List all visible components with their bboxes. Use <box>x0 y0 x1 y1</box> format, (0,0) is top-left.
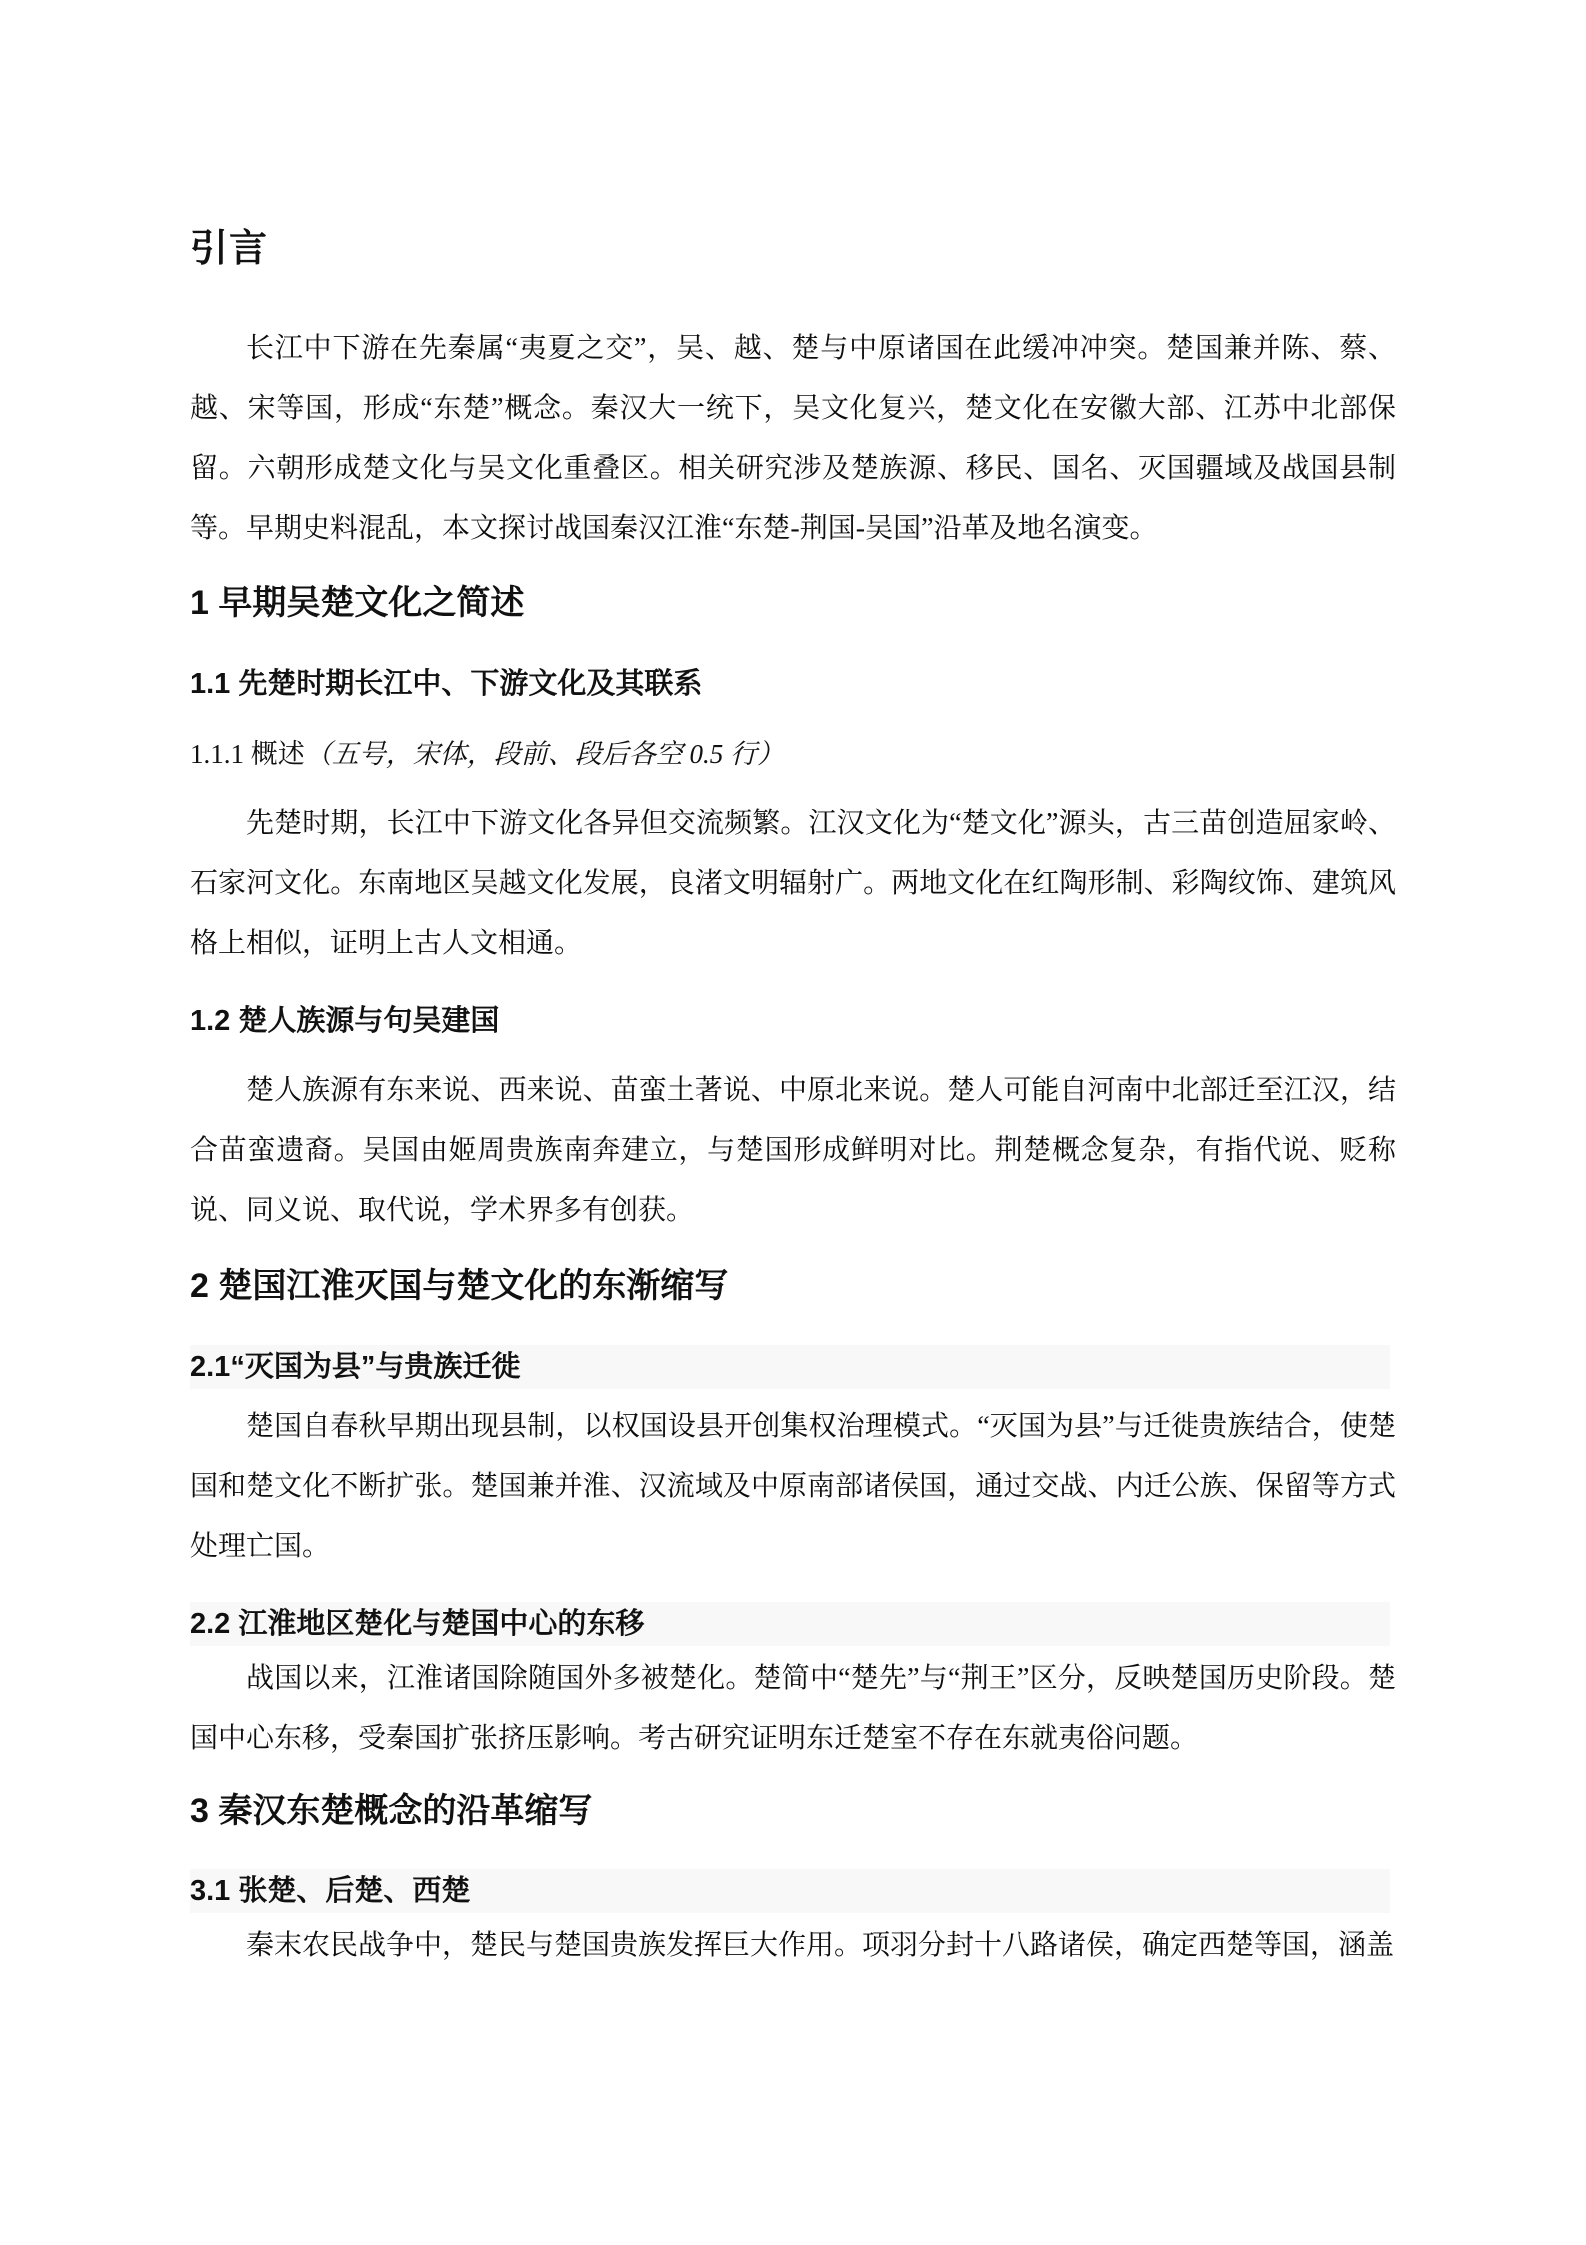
section-1-2-heading: 1.2 楚人族源与句吴建国 <box>190 1003 1396 1039</box>
section-2-1-paragraph: 楚国自春秋早期出现县制，以权国设县开创集权治理模式。“灭国为县”与迁徙贵族结合，… <box>190 1397 1396 1577</box>
intro-heading: 引言 <box>190 226 1396 272</box>
section-1-2-paragraph: 楚人族源有东来说、西来说、苗蛮土著说、中原北来说。楚人可能自河南中北部迁至江汉，… <box>190 1061 1396 1241</box>
section-2-2-heading: 2.2 江淮地区楚化与楚国中心的东移 <box>190 1602 1390 1646</box>
section-2-heading: 2 楚国江淮灭国与楚文化的东渐缩写 <box>190 1266 1396 1306</box>
document-page: 引言 长江中下游在先秦属“夷夏之交”，吴、越、楚与中原诸国在此缓冲冲突。楚国兼并… <box>0 0 1586 2245</box>
section-1-1-paragraph: 先楚时期，长江中下游文化各异但交流频繁。江汉文化为“楚文化”源头，古三苗创造屈家… <box>190 794 1396 974</box>
section-3-heading: 3 秦汉东楚概念的沿革缩写 <box>190 1791 1396 1831</box>
section-1-heading: 1 早期吴楚文化之简述 <box>190 583 1396 623</box>
section-3-1-heading: 3.1 张楚、后楚、西楚 <box>190 1869 1390 1913</box>
section-1-1-1-heading-text: 1.1.1 概述 <box>190 739 305 769</box>
section-2-2-paragraph: 战国以来，江淮诸国除随国外多被楚化。楚简中“楚先”与“荆王”区分，反映楚国历史阶… <box>190 1649 1396 1769</box>
intro-paragraph: 长江中下游在先秦属“夷夏之交”，吴、越、楚与中原诸国在此缓冲冲突。楚国兼并陈、蔡… <box>190 319 1396 559</box>
section-1-1-1-format-note: （五号，宋体，段前、段后各空 0.5 行） <box>305 739 784 769</box>
section-2-1-heading: 2.1“灭国为县”与贵族迁徙 <box>190 1345 1390 1389</box>
section-3-1-paragraph: 秦末农民战争中，楚民与楚国贵族发挥巨大作用。项羽分封十八路诸侯，确定西楚等国，涵… <box>190 1916 1396 1976</box>
section-1-1-heading: 1.1 先楚时期长江中、下游文化及其联系 <box>190 666 1396 702</box>
section-1-1-1-heading: 1.1.1 概述（五号，宋体，段前、段后各空 0.5 行） <box>190 738 1396 770</box>
